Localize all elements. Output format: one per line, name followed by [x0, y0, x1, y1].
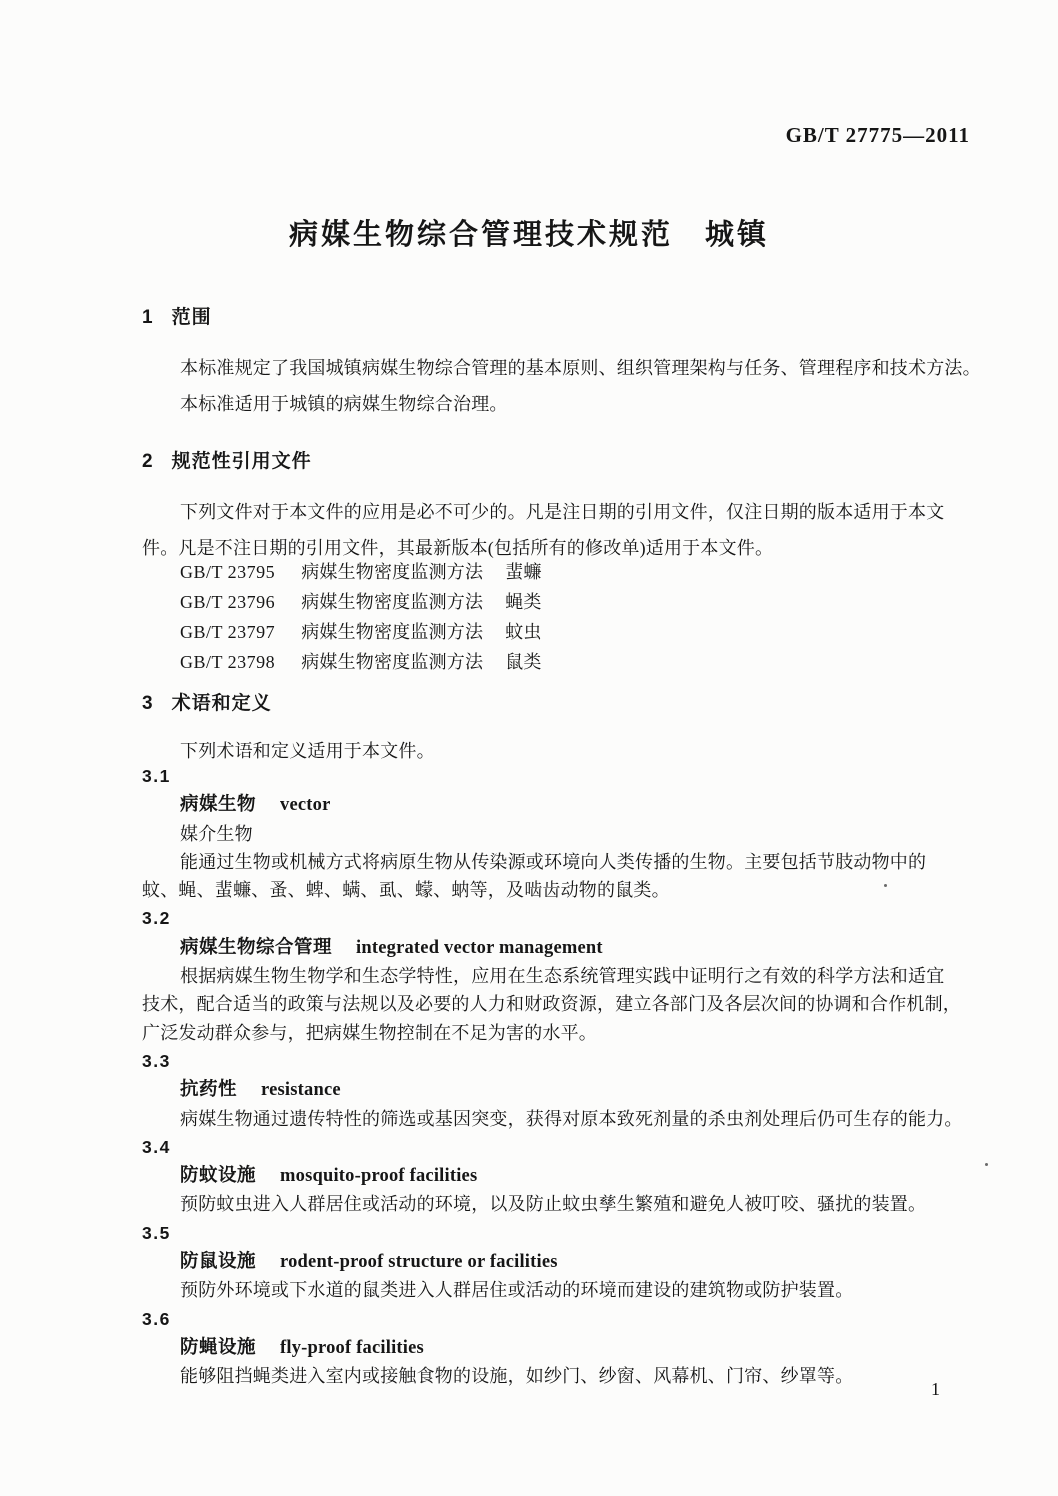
- term-name: 防鼠设施rodent-proof structure or facilities: [142, 1247, 992, 1276]
- reference-subject: 鼠类: [505, 652, 541, 672]
- normative-references-list: GB/T 23795病媒生物密度监测方法蜚蠊 GB/T 23796病媒生物密度监…: [142, 557, 992, 677]
- term-name-zh: 病媒生物综合管理: [180, 936, 332, 957]
- standard-number: GB/T 27775—2011: [786, 123, 970, 148]
- paragraph-line: 下列文件对于本文件的应用是必不可少的。凡是注日期的引用文件，仅注日期的版本适用于…: [142, 494, 992, 530]
- section-1-number: 1: [142, 307, 154, 328]
- term-name: 病媒生物vector: [142, 790, 992, 819]
- term-name-zh: 防蝇设施: [180, 1336, 256, 1357]
- term-name-zh: 防鼠设施: [180, 1250, 256, 1271]
- reference-item: GB/T 23797病媒生物密度监测方法蚊虫: [142, 617, 992, 647]
- definition-line: 技术，配合适当的政策与法规以及必要的人力和财政资源，建立各部门及各层次间的协调和…: [142, 990, 992, 1018]
- term-name-zh: 病媒生物: [180, 793, 256, 814]
- reference-title: 病媒生物密度监测方法: [301, 592, 483, 612]
- section-2-heading: 2规范性引用文件: [142, 446, 312, 473]
- reference-code: GB/T 23796: [180, 592, 275, 612]
- term-number: 3.3: [142, 1047, 992, 1075]
- term-name: 抗药性resistance: [142, 1075, 992, 1104]
- term-name-en: mosquito-proof facilities: [280, 1166, 477, 1186]
- section-2-body: 下列文件对于本文件的应用是必不可少的。凡是注日期的引用文件，仅注日期的版本适用于…: [142, 494, 992, 566]
- section-2-title: 规范性引用文件: [172, 451, 312, 472]
- definition-line: 病媒生物通过遗传特性的筛选或基因突变，获得对原本致死剂量的杀虫剂处理后仍可生存的…: [142, 1105, 992, 1133]
- paragraph-line: 本标准适用于城镇的病媒生物综合治理。: [142, 386, 992, 422]
- term-name-en: vector: [280, 795, 331, 815]
- document-title: 病媒生物综合管理技术规范 城镇: [10, 212, 1048, 253]
- reference-subject: 蝇类: [505, 592, 541, 612]
- section-1-title: 范围: [172, 307, 212, 328]
- section-3-title: 术语和定义: [172, 693, 272, 714]
- term-name-zh: 抗药性: [180, 1078, 237, 1099]
- reference-title: 病媒生物密度监测方法: [301, 652, 483, 672]
- term-name-en: resistance: [261, 1080, 341, 1100]
- definition-line: 预防蚊虫进入人群居住或活动的环境，以及防止蚊虫孳生繁殖和避免人被叮咬、骚扰的装置…: [142, 1190, 992, 1218]
- section-1-heading: 1范围: [142, 302, 212, 329]
- definition-line: 能够阻挡蝇类进入室内或接触食物的设施，如纱门、纱窗、风幕机、门帘、纱罩等。: [142, 1362, 992, 1390]
- term-name-en: integrated vector management: [356, 938, 603, 958]
- scan-speck: [985, 1163, 988, 1166]
- term-number: 3.2: [142, 904, 992, 932]
- document-page: GB/T 27775—2011 病媒生物综合管理技术规范 城镇 1范围 本标准规…: [0, 0, 1058, 1496]
- term-name: 防蚊设施mosquito-proof facilities: [142, 1161, 992, 1190]
- definition-line: 广泛发动群众参与，把病媒生物控制在不足为害的水平。: [142, 1019, 992, 1047]
- term-number: 3.4: [142, 1133, 992, 1161]
- section-2-number: 2: [142, 451, 154, 472]
- definition-line: 能通过生物或机械方式将病原生物从传染源或环境向人类传播的生物。主要包括节肢动物中…: [142, 848, 992, 876]
- reference-code: GB/T 23797: [180, 622, 275, 642]
- paragraph-line: 本标准规定了我国城镇病媒生物综合管理的基本原则、组织管理架构与任务、管理程序和技…: [142, 350, 992, 386]
- section-3-number: 3: [142, 693, 154, 714]
- term-name: 防蝇设施fly-proof facilities: [142, 1333, 992, 1362]
- terms-and-definitions: 3.1 病媒生物vector 媒介生物 能通过生物或机械方式将病原生物从传染源或…: [142, 762, 992, 1391]
- definition-line: 预防外环境或下水道的鼠类进入人群居住或活动的环境而建设的建筑物或防护装置。: [142, 1276, 992, 1304]
- section-3-intro: 下列术语和定义适用于本文件。: [142, 737, 992, 765]
- reference-code: GB/T 23798: [180, 652, 275, 672]
- term-alias: 媒介生物: [142, 820, 992, 848]
- definition-line: 蚊、蝇、蜚蠊、蚤、蜱、螨、虱、蠓、蚋等，及啮齿动物的鼠类。: [142, 876, 992, 904]
- section-3-heading: 3术语和定义: [142, 688, 272, 715]
- term-name-en: fly-proof facilities: [280, 1338, 424, 1358]
- reference-title: 病媒生物密度监测方法: [301, 562, 483, 582]
- reference-code: GB/T 23795: [180, 562, 275, 582]
- reference-item: GB/T 23798病媒生物密度监测方法鼠类: [142, 647, 992, 677]
- term-name: 病媒生物综合管理integrated vector management: [142, 933, 992, 962]
- term-name-zh: 防蚊设施: [180, 1164, 256, 1185]
- reference-item: GB/T 23796病媒生物密度监测方法蝇类: [142, 587, 992, 617]
- scan-speck: [884, 884, 887, 887]
- term-name-en: rodent-proof structure or facilities: [280, 1252, 558, 1272]
- term-number: 3.5: [142, 1219, 992, 1247]
- reference-title: 病媒生物密度监测方法: [301, 622, 483, 642]
- reference-subject: 蜚蠊: [505, 562, 541, 582]
- section-1-body: 本标准规定了我国城镇病媒生物综合管理的基本原则、组织管理架构与任务、管理程序和技…: [142, 350, 992, 422]
- term-number: 3.6: [142, 1305, 992, 1333]
- definition-line: 根据病媒生物生物学和生态学特性，应用在生态系统管理实践中证明行之有效的科学方法和…: [142, 962, 992, 990]
- page-number: 1: [931, 1379, 940, 1400]
- reference-subject: 蚊虫: [505, 622, 541, 642]
- term-number: 3.1: [142, 762, 992, 790]
- reference-item: GB/T 23795病媒生物密度监测方法蜚蠊: [142, 557, 992, 587]
